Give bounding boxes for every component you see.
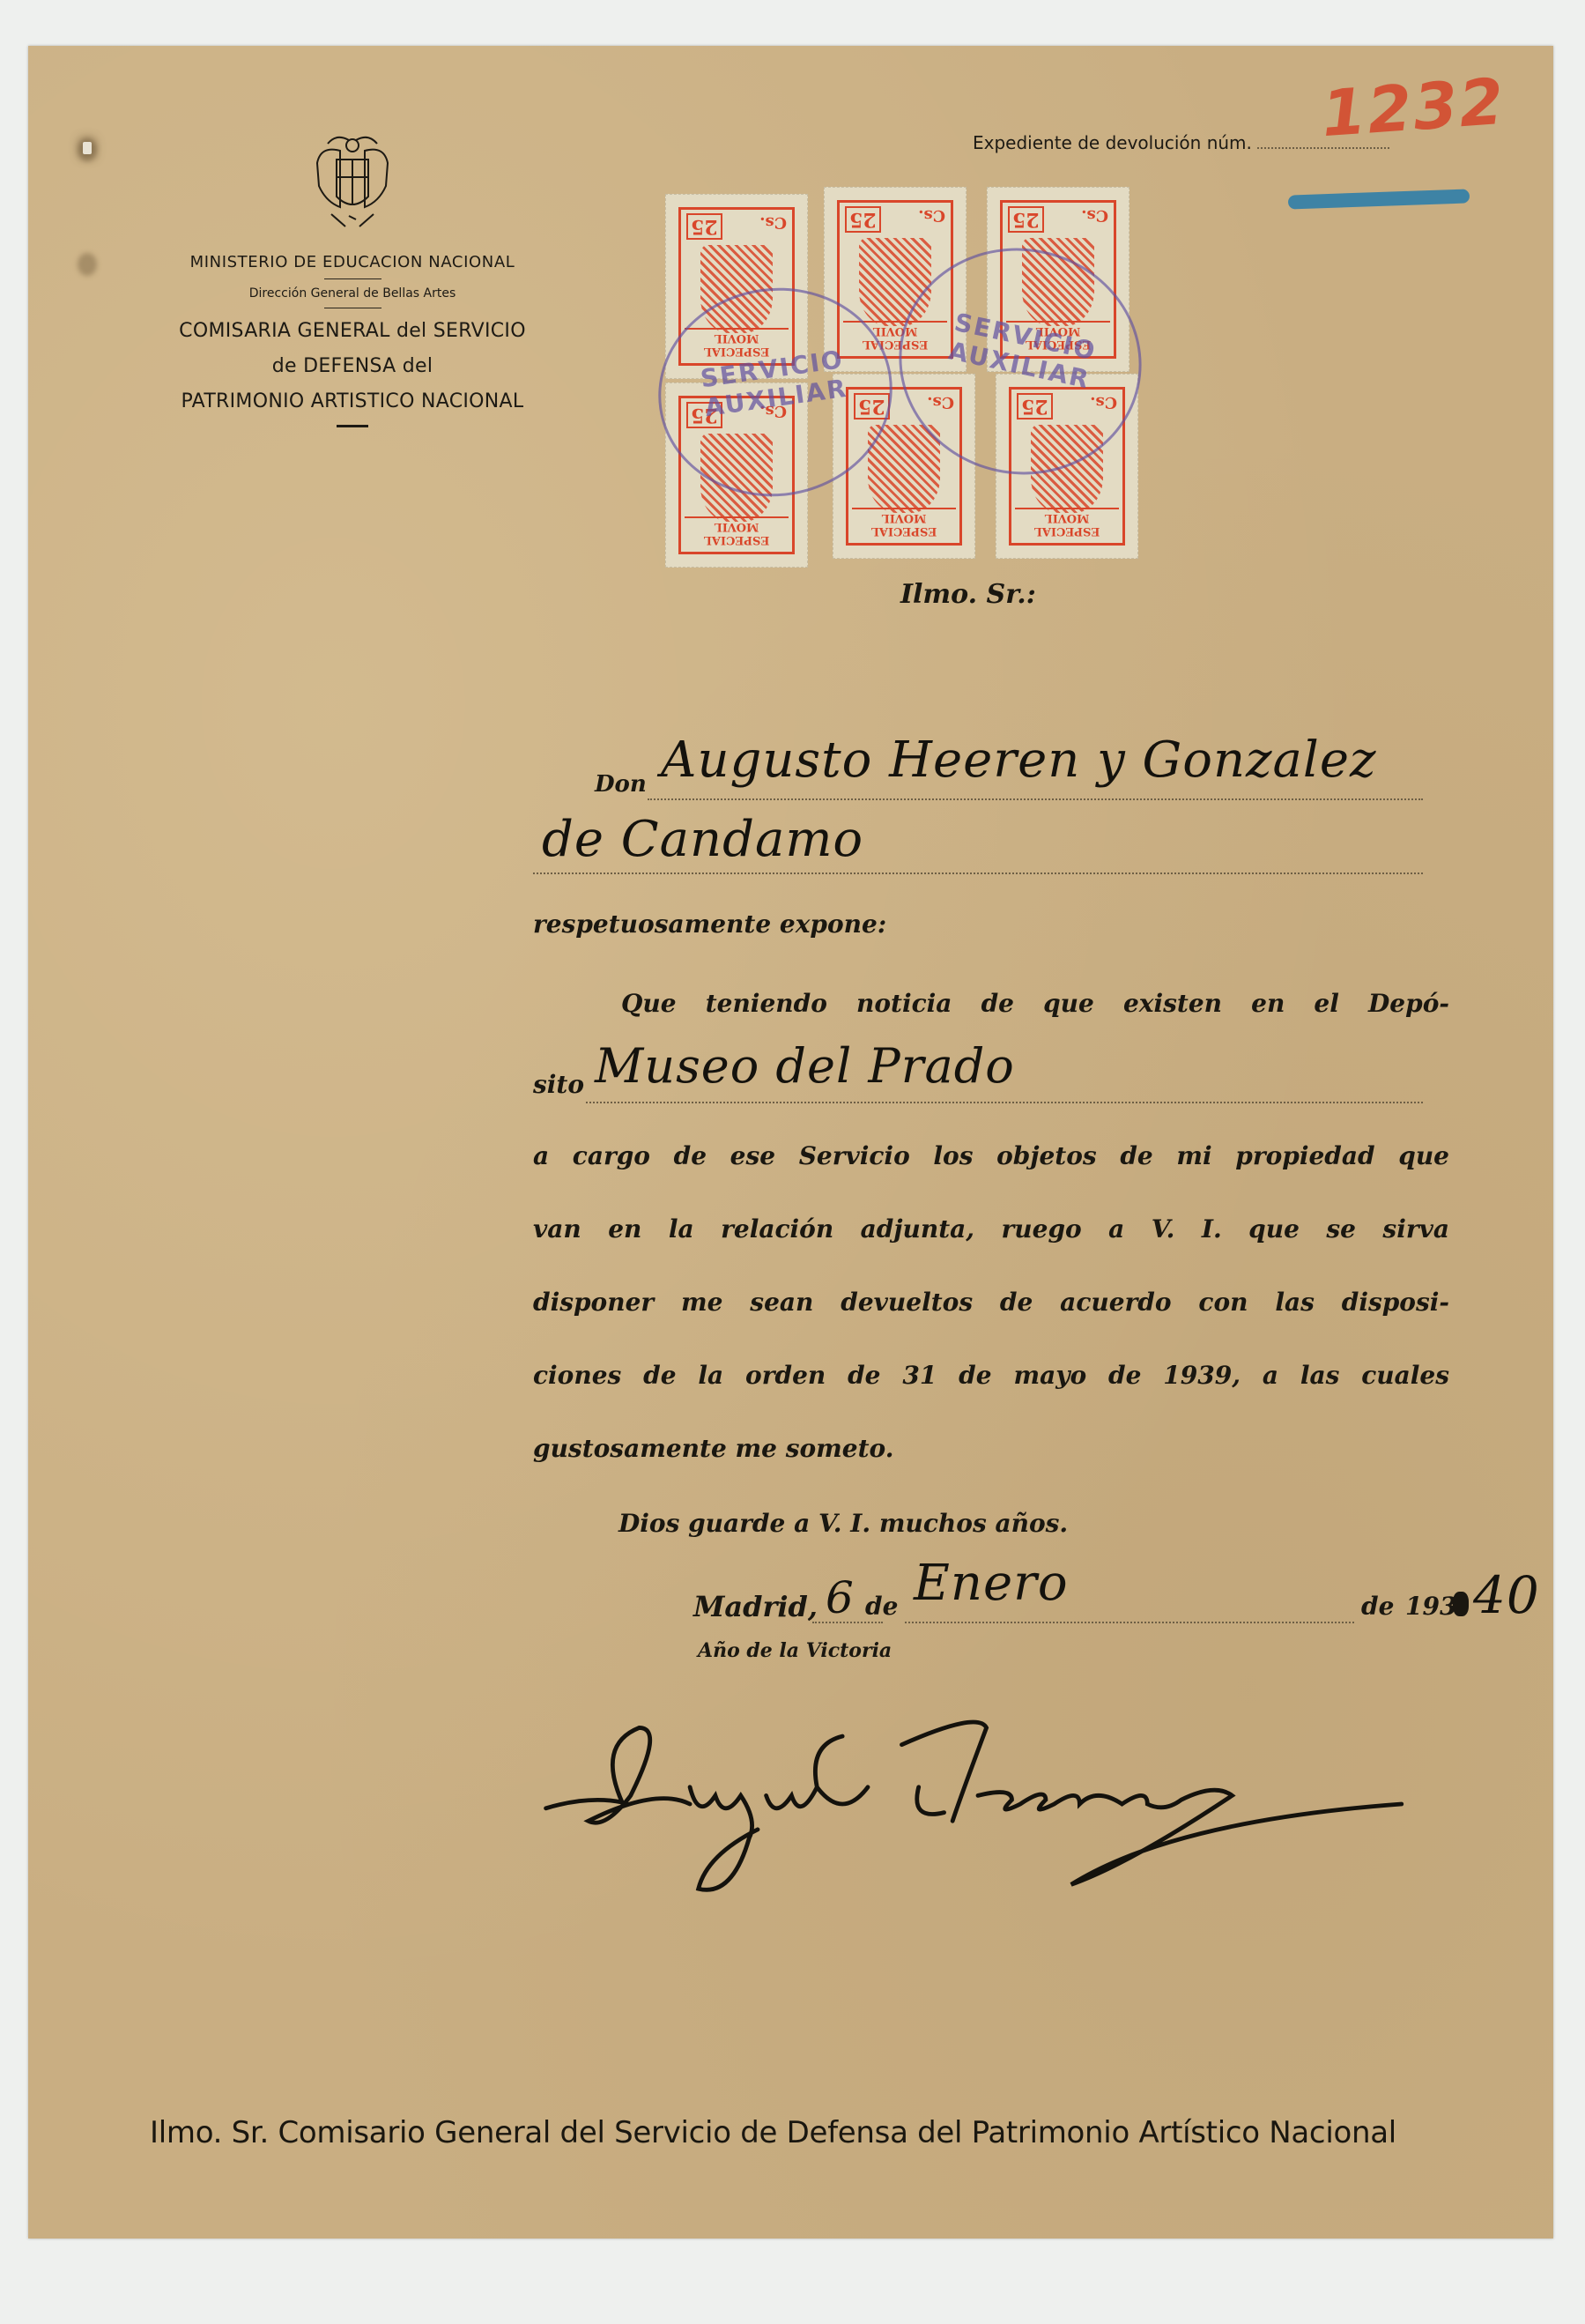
comisaria-line-1: COMISARIA GENERAL del SERVICIO xyxy=(150,316,555,347)
addressee-footer: Ilmo. Sr. Comisario General del Servicio… xyxy=(150,2115,1418,2150)
divider xyxy=(324,308,381,308)
para-line-3: a cargo de ese Servicio los objetos de m… xyxy=(533,1141,1449,1170)
date-year-handwritten: 40 xyxy=(1473,1565,1540,1625)
expone-line: respetuosamente expone: xyxy=(533,910,1423,939)
staple-hole-icon xyxy=(83,142,92,154)
name-dotted-line xyxy=(533,872,1423,874)
coat-of-arms-icon xyxy=(310,128,395,234)
letterhead: MINISTERIO DE EDUCACION NACIONAL Direcci… xyxy=(150,128,555,427)
date-day: 6 xyxy=(826,1572,855,1623)
petitioner-block: Don Augusto Heeren y Gonzalez de Candamo xyxy=(533,724,1423,883)
divider xyxy=(337,425,368,427)
closing-line: Dios guarde a V. I. muchos años. xyxy=(618,1509,1508,1538)
comisaria-line-2: de DEFENSA del xyxy=(150,351,555,382)
name-dotted-line xyxy=(648,798,1423,800)
date-month-dotted-line xyxy=(905,1622,1354,1623)
deposito-line: sito Museo del Prado xyxy=(533,1033,1423,1103)
para-line-7: gustosamente me someto. xyxy=(533,1434,1423,1463)
deposito-dotted-line xyxy=(586,1102,1423,1103)
deposito-prefix: sito xyxy=(533,1070,584,1099)
para-line-6: ciones de la orden de 31 de mayo de 1939… xyxy=(533,1361,1449,1390)
comisaria-line-3: PATRIMONIO ARTISTICO NACIONAL xyxy=(150,386,555,418)
ink-blot xyxy=(1453,1592,1469,1616)
para-line-5: disponer me sean devueltos de acuerdo co… xyxy=(533,1288,1449,1317)
date-year-printed: 193 xyxy=(1405,1592,1456,1621)
signature xyxy=(529,1694,1427,1914)
staple-smudge xyxy=(78,253,97,276)
signature-icon xyxy=(529,1694,1427,1914)
date-line: Madrid, 6 de Enero de 193 40 xyxy=(693,1553,1530,1632)
date-de: de xyxy=(865,1592,898,1621)
ministry-name: MINISTERIO DE EDUCACION NACIONAL xyxy=(150,253,555,271)
petitioner-name-line-2: de Candamo xyxy=(542,811,863,868)
deposito-value: Museo del Prado xyxy=(595,1038,1015,1094)
don-prefix: Don xyxy=(595,771,647,798)
direccion-name: Dirección General de Bellas Artes xyxy=(150,286,555,301)
expediente-label: Expediente de devolución núm. xyxy=(973,132,1252,153)
expediente-number: 1232 xyxy=(1319,64,1507,151)
divider xyxy=(324,278,381,279)
date-era: Año de la Victoria xyxy=(698,1639,1585,1662)
petitioner-name-line-1: Augusto Heeren y Gonzalez xyxy=(661,731,1376,789)
date-month: Enero xyxy=(914,1555,1069,1612)
document-page: MINISTERIO DE EDUCACION NACIONAL Direcci… xyxy=(28,46,1553,2239)
blue-pencil-mark xyxy=(1288,189,1470,209)
date-day-dotted-line xyxy=(812,1622,883,1623)
salutation: Ilmo. Sr.: xyxy=(900,579,1036,610)
para-line-1: Que teniendo noticia de que existen en e… xyxy=(621,989,1449,1018)
para-line-4: van en la relación adjunta, ruego a V. I… xyxy=(533,1214,1449,1244)
revenue-stamps-block: ESPECIAL MOVIL25Cs. ESPECIAL MOVIL25Cs. … xyxy=(665,187,1181,575)
staple-holes xyxy=(72,130,107,288)
date-city: Madrid, xyxy=(693,1590,818,1623)
date-de: de xyxy=(1361,1592,1394,1621)
